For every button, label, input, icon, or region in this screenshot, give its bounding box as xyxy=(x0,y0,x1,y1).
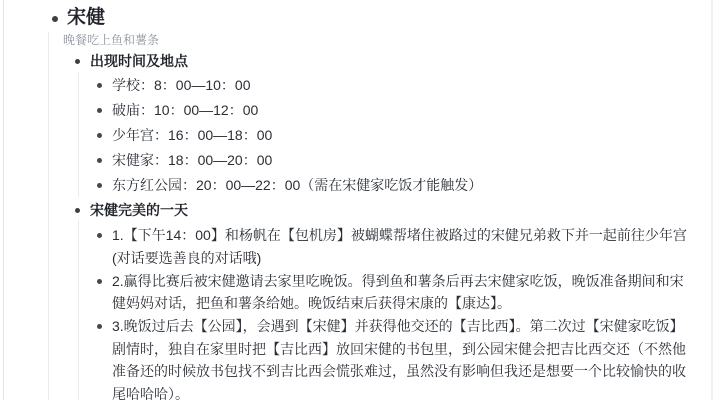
list-item-text: 破庙：10：00—12：00 xyxy=(112,102,258,118)
bullet-icon xyxy=(97,324,102,329)
bullet-icon xyxy=(97,108,102,113)
document-content: 宋健 晚餐吃上鱼和薯条 出现时间及地点 学校：8：00—10：00 破庙：10：… xyxy=(0,0,719,400)
list-item: 2.赢得比赛后被宋健邀请去家里吃晚饭。得到鱼和薯条后再去宋健家吃饭，晚饭准备期间… xyxy=(0,270,690,315)
list-item-text: 东方红公园：20：00—22：00（需在宋健家吃饭才能触发） xyxy=(112,177,482,193)
bullet-icon xyxy=(75,208,80,213)
list-item: 3.晚饭过后去【公园】，会遇到【宋健】并获得他交还的【吉比西】。第二次过【宋健家… xyxy=(0,315,690,400)
bullet-icon xyxy=(97,279,102,284)
bullet-icon xyxy=(97,158,102,163)
bullet-icon xyxy=(52,16,58,22)
list-item: 东方红公园：20：00—22：00（需在宋健家吃饭才能触发） xyxy=(0,175,690,196)
section-heading-appearance-times: 出现时间及地点 xyxy=(90,53,188,69)
list-item: 学校：8：00—10：00 xyxy=(0,75,690,96)
bullet-icon xyxy=(97,233,102,238)
step-text: 1.【下午14：00】和杨帆在【包机房】被蝴蝶帮堵住被路过的宋健兄弟救下并一起前… xyxy=(112,224,690,269)
list-item: 1.【下午14：00】和杨帆在【包机房】被蝴蝶帮堵住被路过的宋健兄弟救下并一起前… xyxy=(0,224,690,269)
subtitle-text: 晚餐吃上鱼和薯条 xyxy=(63,33,159,47)
list-item-text: 学校：8：00—10：00 xyxy=(112,77,251,93)
time-location-list: 学校：8：00—10：00 破庙：10：00—12：00 少年宫：16：00—1… xyxy=(0,75,690,196)
list-item: 少年宫：16：00—18：00 xyxy=(0,125,690,146)
page-title: 宋健 xyxy=(67,7,105,28)
step-text: 2.赢得比赛后被宋健邀请去家里吃晚饭。得到鱼和薯条后再去宋健家吃饭，晚饭准备期间… xyxy=(112,270,690,315)
bullet-icon xyxy=(97,183,102,188)
list-item: 宋健家：18：00—20：00 xyxy=(0,150,690,171)
subtitle-row: 晚餐吃上鱼和薯条 xyxy=(0,31,690,49)
step-text: 3.晚饭过后去【公园】，会遇到【宋健】并获得他交还的【吉比西】。第二次过【宋健家… xyxy=(112,315,690,400)
section-heading-perfect-day: 宋健完美的一天 xyxy=(90,202,188,218)
walkthrough-step-list: 1.【下午14：00】和杨帆在【包机房】被蝴蝶帮堵住被路过的宋健兄弟救下并一起前… xyxy=(0,224,690,400)
list-item-text: 宋健家：18：00—20：00 xyxy=(112,152,272,168)
bullet-icon xyxy=(97,83,102,88)
bullet-icon xyxy=(97,133,102,138)
character-title-row: 宋健 xyxy=(0,6,690,31)
list-item-text: 少年宫：16：00—18：00 xyxy=(112,127,272,143)
section-heading-row: 宋健完美的一天 xyxy=(0,200,690,221)
section-heading-row: 出现时间及地点 xyxy=(0,51,690,72)
document-page: 宋健 晚餐吃上鱼和薯条 出现时间及地点 学校：8：00—10：00 破庙：10：… xyxy=(0,0,719,400)
list-item: 破庙：10：00—12：00 xyxy=(0,100,690,121)
bullet-icon xyxy=(75,59,80,64)
